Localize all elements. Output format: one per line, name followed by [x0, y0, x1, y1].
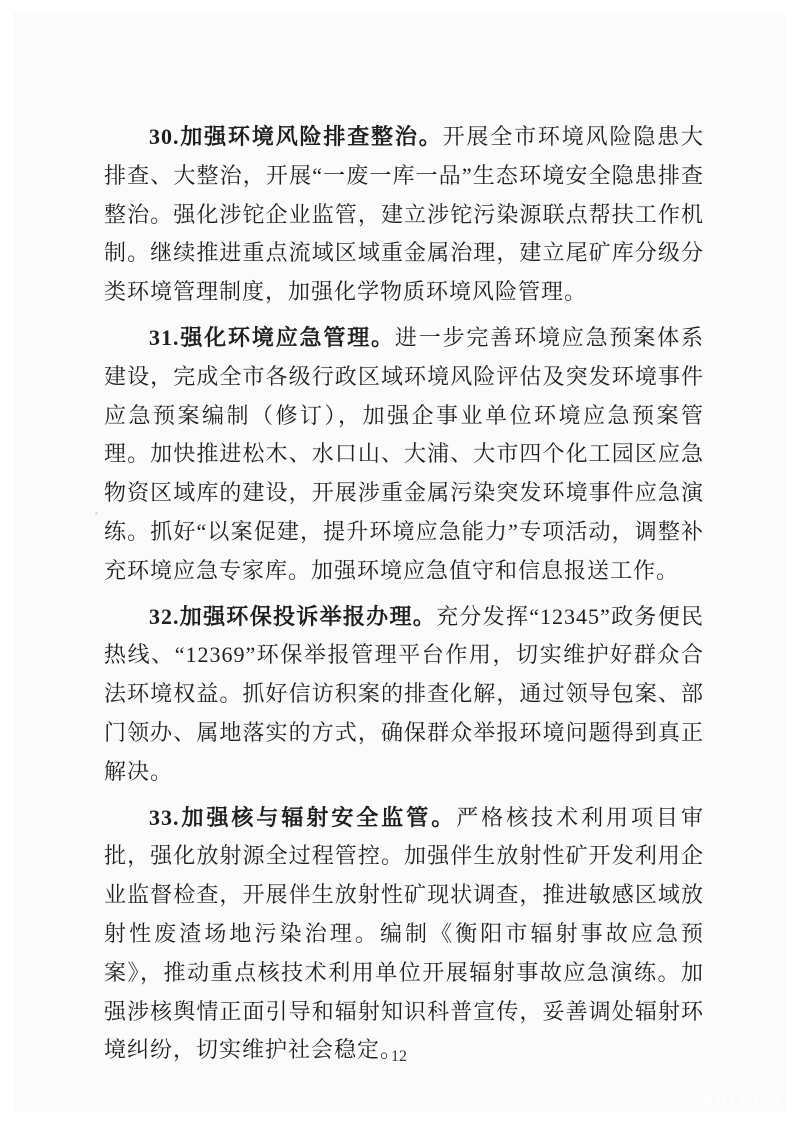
paragraph-31-text: 进一步完善环境应急预案体系建设，完成全市各级行政区域环境风险评估及突发环境事件应… [104, 325, 704, 583]
document-page: 30.加强环境风险排查整治。开展全市环境风险隐患大排查、大整治，开展“一废一库一… [13, 12, 785, 1112]
paragraph-32-heading: 32.加强环保投诉举报办理。 [149, 604, 436, 629]
paragraph-31: 31.强化环境应急管理。进一步完善环境应急预案体系建设，完成全市各级行政区域环境… [104, 319, 704, 591]
scan-artifact-dot [95, 512, 98, 515]
paragraph-33: 33.加强核与辐射安全监管。严格核技术利用项目审批，强化放射源全过程管控。加强伴… [104, 799, 704, 1071]
paragraph-32: 32.加强环保投诉举报办理。充分发挥“12345”政务便民热线、“12369”环… [104, 598, 704, 792]
paragraph-30: 30.加强环境风险排查整治。开展全市环境风险隐患大排查、大整治，开展“一废一库一… [104, 118, 704, 312]
watermark-text: dniii.co [704, 1089, 792, 1108]
paragraph-31-heading: 31.强化环境应急管理。 [149, 325, 395, 350]
paragraph-30-text: 开展全市环境风险隐患大排查、大整治，开展“一废一库一品”生态环境安全隐患排查整治… [104, 124, 704, 304]
page-number: 12 [13, 1048, 785, 1066]
paragraph-33-heading: 33.加强核与辐射安全监管。 [149, 805, 456, 830]
paragraph-32-text: 充分发挥“12345”政务便民热线、“12369”环保举报管理平台作用，切实维护… [104, 604, 704, 784]
paragraph-33-text: 严格核技术利用项目审批，强化放射源全过程管控。加强伴生放射性矿开发利用企业监督检… [104, 805, 704, 1063]
document-body: 30.加强环境风险排查整治。开展全市环境风险隐患大排查、大整治，开展“一废一库一… [104, 118, 704, 1077]
screenshot-canvas: 30.加强环境风险排查整治。开展全市环境风险隐患大排查、大整治，开展“一废一库一… [0, 0, 792, 1124]
paragraph-30-heading: 30.加强环境风险排查整治。 [149, 124, 443, 149]
